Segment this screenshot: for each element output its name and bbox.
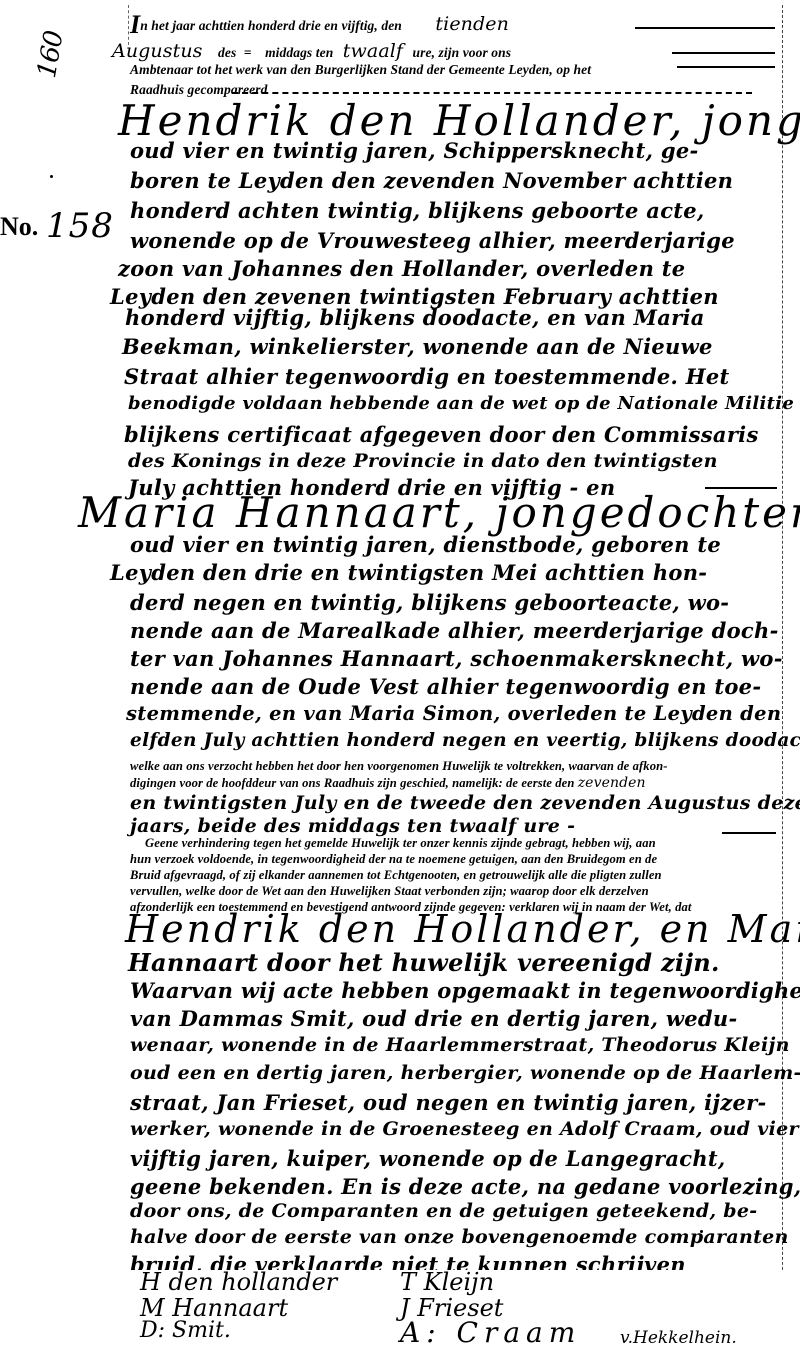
bride-line: oud vier en twintig jaren, dienstbode, g… [130, 532, 721, 557]
signature-area: H den hollander M Hannaart D: Smit. T Kl… [0, 1270, 800, 1350]
groom-line: oud vier en twintig jaren, Schippersknec… [130, 138, 699, 163]
groom-line: zoon van Johannes den Hollander, overled… [118, 256, 685, 281]
bride-line: derd negen en twintig, blijkens geboorte… [130, 590, 729, 615]
witnesses-line: werker, wonende in de Groenesteeg en Ado… [130, 1118, 800, 1140]
header-line-1: In het jaar achttien honderd drie en vij… [130, 10, 509, 40]
declaration-names-line: Hannaart door het huwelijk vereenigd zij… [128, 948, 720, 977]
witnesses-line: Waarvan wij acte hebben opgemaakt in teg… [130, 978, 800, 1003]
groom-line: wonende op de Vrouwesteeg alhier, meerde… [130, 228, 735, 253]
groom-line: benodigde voldaan hebbende aan de wet op… [128, 393, 794, 414]
stray-mark [160, 350, 163, 353]
stray-mark [700, 1230, 703, 1233]
signature-official: v.Hekkelhein. [620, 1328, 737, 1348]
witnesses-line: wenaar, wonende in de Haarlemmerstraat, … [130, 1034, 790, 1056]
bride-line: Leyden den drie en twintigsten Mei achtt… [110, 560, 707, 585]
act-number: 158 [46, 206, 114, 246]
groom-line: Straat alhier tegenwoordig en toestemmen… [124, 364, 730, 389]
witnesses-line: geene bekenden. En is deze acte, na geda… [130, 1174, 800, 1199]
witnesses-line: vijftig jaren, kuiper, wonende op de Lan… [130, 1146, 726, 1171]
handwritten-day: tienden [435, 13, 509, 35]
bride-line: stemmende, en van Maria Simon, overleden… [126, 702, 781, 725]
bride-line: nende aan de Oude Vest alhier tegenwoord… [130, 674, 761, 699]
declaration-names-line: Hendrik den Hollander, en Maria [125, 907, 800, 951]
bride-line: elfden July achttien honderd negen en ve… [130, 730, 800, 751]
signature-witness-kleijn: T Kleijn [400, 1268, 494, 1296]
marriage-record-page: 160 No. 158 In het jaar achttien honderd… [0, 0, 800, 1350]
declaration-line: vervullen, welke door de Wet aan den Huw… [130, 884, 649, 899]
header-rule-2 [672, 52, 775, 54]
groom-line: honderd vijftig, blijkens doodacte, en v… [125, 305, 705, 330]
handwritten-hour: twaalf [343, 40, 403, 62]
bride-line: nende aan de Marealkade alhier, meerderj… [130, 618, 779, 643]
witnesses-line: van Dammas Smit, oud drie en dertig jare… [130, 1006, 738, 1031]
header-line-3: Ambtenaar tot het werk van den Burgerlij… [130, 62, 591, 78]
groom-line: des Konings in deze Provincie in dato de… [128, 450, 718, 472]
proclamation-line: en twintigsten July en de tweede den zev… [130, 792, 800, 814]
witnesses-line: door ons, de Comparanten en de getuigen … [130, 1200, 757, 1222]
bride-line: ter van Johannes Hannaart, schoenmakersk… [130, 646, 783, 671]
signature-witness-smit: D: Smit. [140, 1318, 231, 1343]
drop-cap: I [130, 10, 140, 39]
declaration-line: Bruid afgevraagd, of zij elkander aannem… [130, 868, 662, 883]
witnesses-line: straat, Jan Frieset, oud negen en twinti… [130, 1090, 767, 1115]
handwritten-month: Augustus [112, 40, 203, 62]
header-line-2: Augustus des = middags ten twaalf ure, z… [112, 40, 511, 62]
groom-line: blijkens certificaat afgegeven door den … [124, 422, 759, 447]
header-rule-4 [232, 92, 752, 94]
groom-line: boren te Leyden den zevenden November ac… [130, 168, 733, 193]
groom-line: honderd achten twintig, blijkens geboort… [130, 198, 705, 223]
proclamation-line: jaars, beide des middags ten twaalf ure … [130, 815, 575, 837]
signature-witness-craam: A: Craam [400, 1316, 581, 1349]
handwritten-proclamation-day: zevenden [578, 775, 646, 791]
witnesses-line: halve door de eerste van onze bovengenoe… [130, 1226, 789, 1248]
proclamation-end-rule [722, 832, 776, 834]
header-rule-3 [677, 66, 775, 68]
request-line-2: digingen voor de hoofddeur van ons Raadh… [130, 775, 646, 791]
bride-name-line: Maria Hannaart, jongedochter, [78, 488, 800, 537]
groom-line: Beekman, winkelierster, wonende aan de N… [122, 334, 713, 359]
request-line-1: welke aan ons verzocht hebben het door h… [130, 759, 668, 774]
folio-number: 160 [32, 29, 70, 80]
declaration-line: Geene verhindering tegen het gemelde Huw… [145, 836, 656, 851]
page-right-border [782, 5, 783, 1350]
stray-mark [50, 175, 53, 178]
declaration-line: hun verzoek voldoende, in tegenwoordighe… [130, 852, 657, 867]
act-number-label: No. [0, 212, 38, 242]
witnesses-line: oud een en dertig jaren, herbergier, won… [130, 1062, 800, 1084]
signature-groom: H den hollander [140, 1268, 337, 1296]
header-rule-1 [635, 27, 775, 29]
page-left-guide [128, 5, 129, 45]
